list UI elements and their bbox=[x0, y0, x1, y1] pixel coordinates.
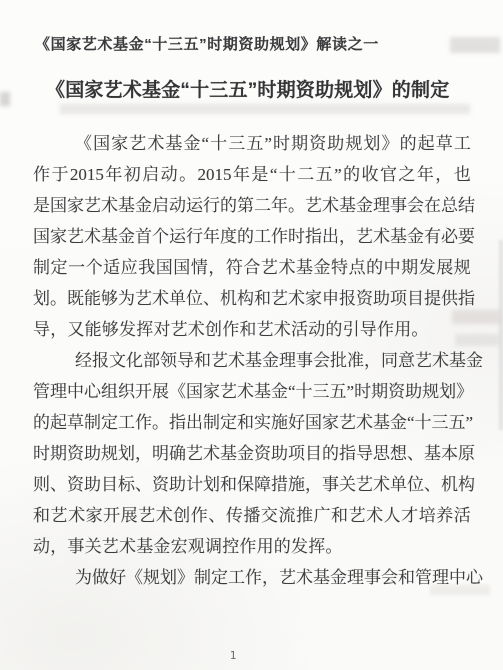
kicker-heading: 《国家艺术基金“十三五”时期资助规划》解读之一 bbox=[35, 35, 465, 55]
text-line: 为做好《规划》制定工作，艺术基金理事会和管理中心 bbox=[33, 562, 471, 593]
text-line: 导，又能够发挥对艺术创作和艺术活动的引导作用。 bbox=[33, 314, 471, 345]
body-text: 《国家艺术基金“十三五”时期资助规划》的起草工 作于2015年初启动。2015年… bbox=[33, 128, 471, 593]
text-line: 作于2015年初启动。2015年是“十二五”的收官之年，也 bbox=[33, 159, 471, 190]
page-number: 1 bbox=[0, 649, 466, 662]
text-line: 是国家艺术基金启动运行的第二年。艺术基金理事会在总结 bbox=[33, 190, 471, 221]
paragraph: 为做好《规划》制定工作，艺术基金理事会和管理中心 bbox=[33, 562, 471, 593]
paragraph: 《国家艺术基金“十三五”时期资助规划》的起草工 作于2015年初启动。2015年… bbox=[33, 128, 471, 345]
text-line: 时期资助规划，明确艺术基金资助项目的指导思想、基本原 bbox=[33, 438, 471, 469]
text-line: 划。既能够为艺术单位、机构和艺术家申报资助项目提供指 bbox=[33, 283, 471, 314]
text-line: 和艺术家开展艺术创作、传播交流推广和艺术人才培养活 bbox=[33, 500, 471, 531]
text-line: 国家艺术基金首个运行年度的工作时指出，艺术基金有必要 bbox=[33, 221, 471, 252]
text-line: 《国家艺术基金“十三五”时期资助规划》的起草工 bbox=[33, 128, 471, 159]
text-line: 的起草制定工作。指出制定和实施好国家艺术基金“十三五” bbox=[33, 407, 471, 438]
document-title: 《国家艺术基金“十三五”时期资助规划》的制定 bbox=[46, 78, 486, 104]
text-line: 动，事关艺术基金宏观调控作用的发挥。 bbox=[33, 531, 471, 562]
text-line: 则、资助目标、资助计划和保障措施，事关艺术单位、机构 bbox=[33, 469, 471, 500]
scan-edge-shadow bbox=[499, 240, 503, 430]
paragraph: 经报文化部领导和艺术基金理事会批准，同意艺术基金 管理中心组织开展《国家艺术基金… bbox=[33, 345, 471, 562]
text-line: 经报文化部领导和艺术基金理事会批准，同意艺术基金 bbox=[33, 345, 471, 376]
bleed-through-artifact bbox=[60, 104, 470, 114]
scanned-document-page: 《国家艺术基金“十三五”时期资助规划》解读之一 《国家艺术基金“十三五”时期资助… bbox=[0, 0, 503, 670]
text-line: 制定一个适应我国国情，符合艺术基金特点的中期发展规 bbox=[33, 252, 471, 283]
scan-smudge-artifact bbox=[0, 92, 10, 106]
text-line: 管理中心组织开展《国家艺术基金“十三五”时期资助规划》 bbox=[33, 376, 471, 407]
